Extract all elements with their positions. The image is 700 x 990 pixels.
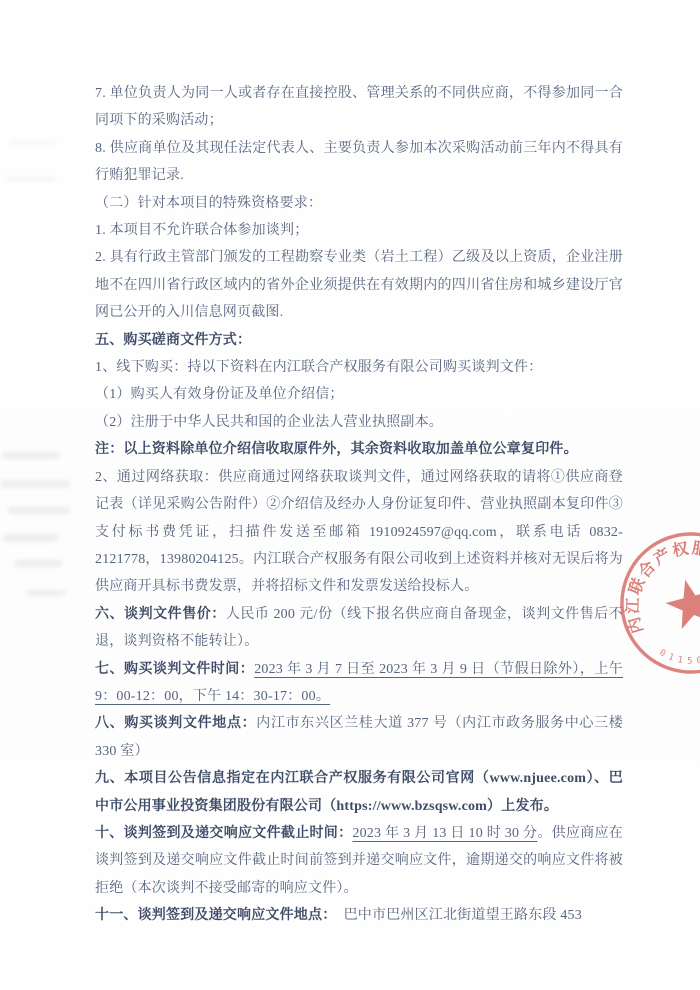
text-segment: （1）购买人有效身份证及单位介绍信； [95, 387, 344, 402]
ink-bleedthrough-mark [10, 140, 56, 146]
paragraph-10: 注：以上资料除单位介绍信收取原件外，其余资料收取加盖单位公章复印件。 [95, 436, 623, 463]
paragraph-16: 十、谈判签到及递交响应文件截止时间：2023 年 3 月 13 日 10 时 3… [95, 820, 623, 902]
paragraph-8: （1）购买人有效身份证及单位介绍信； [95, 381, 623, 408]
ink-bleedthrough-mark [4, 176, 56, 182]
ink-bleedthrough-mark [3, 534, 58, 542]
ink-bleedthrough-mark [8, 507, 70, 514]
text-segment: 巴中市巴州区江北街道望王路东段 453 [329, 908, 582, 923]
paragraph-17: 十一、谈判签到及递交响应文件地点： 巴中市巴州区江北街道望王路东段 453 [95, 902, 623, 929]
paragraph-5: 2. 具有行政主管部门颁发的工程勘察专业类（岩土工程）乙级及以上资质，企业注册地… [95, 244, 623, 326]
text-segment: 8. 供应商单位及其现任法定代表人、主要负责人参加本次采购活动前三年内不得具有行… [95, 141, 623, 183]
text-segment: 1、线下购买：持以下资料在内江联合产权服务有限公司购买谈判文件： [95, 360, 542, 375]
paragraph-6: 五、购买磋商文件方式： [95, 327, 623, 354]
text-segment: 1. 本项目不允许联合体参加谈判； [95, 223, 308, 238]
paragraph-11: 2、通过网络获取：供应商通过网络获取谈判文件，通过网络获取的请将①供应商登记表（… [95, 464, 623, 601]
ink-bleedthrough-mark [14, 560, 62, 567]
text-segment: 7. 单位负责人为同一人或者存在直接控股、管理关系的不同供应商，不得参加同一合同… [95, 86, 623, 128]
ink-bleedthrough-mark [2, 452, 60, 459]
paragraph-12: 六、谈判文件售价：人民币 200 元/份（线下报名供应商自备现金，谈判文件售后不… [95, 601, 623, 656]
text-segment: 2. 具有行政主管部门颁发的工程勘察专业类（岩土工程）乙级及以上资质，企业注册地… [95, 250, 623, 320]
text-segment: 六、谈判文件售价： [95, 607, 226, 622]
red-star-icon [661, 574, 700, 632]
paragraph-9: （2）注册于中华人民共和国的企业法人营业执照副本。 [95, 409, 623, 436]
text-segment: （2）注册于中华人民共和国的企业法人营业执照副本。 [95, 415, 443, 430]
text-segment: 九、本项目公告信息指定在内江联合产权服务有限公司官网（www.njuee.com… [95, 771, 623, 813]
paragraph-4: 1. 本项目不允许联合体参加谈判； [95, 217, 623, 244]
scanned-document-page: 7. 单位负责人为同一人或者存在直接控股、管理关系的不同供应商，不得参加同一合同… [0, 0, 700, 990]
text-segment: 2、通过网络获取：供应商通过网络获取谈判文件，通过网络获取的请将①供应商登记表（… [95, 470, 623, 595]
paragraph-13: 七、购买谈判文件时间：2023 年 3 月 7 日至 2023 年 3 月 9 … [95, 656, 623, 711]
paragraph-15: 九、本项目公告信息指定在内江联合产权服务有限公司官网（www.njuee.com… [95, 765, 623, 820]
paragraph-7: 1、线下购买：持以下资料在内江联合产权服务有限公司购买谈判文件： [95, 354, 623, 381]
document-body: 7. 单位负责人为同一人或者存在直接控股、管理关系的不同供应商，不得参加同一合同… [95, 80, 623, 930]
ink-bleedthrough-mark [0, 480, 70, 488]
text-segment: 八、购买谈判文件地点： [95, 716, 256, 731]
text-segment: 七、购买谈判文件时间： [95, 662, 254, 677]
seal-digits: 0115039065 [655, 626, 700, 676]
text-segment: （二）针对本项目的特殊资格要求： [95, 196, 322, 211]
paragraph-2: 8. 供应商单位及其现任法定代表人、主要负责人参加本次采购活动前三年内不得具有行… [95, 135, 623, 190]
text-segment: 十、谈判签到及递交响应文件截止时间： [95, 826, 352, 841]
paragraph-14: 八、购买谈判文件地点：内江市东兴区兰桂大道 377 号（内江市政务服务中心三楼 … [95, 710, 623, 765]
ink-bleedthrough-mark [26, 590, 66, 596]
text-segment: 注：以上资料除单位介绍信收取原件外，其余资料收取加盖单位公章复印件。 [95, 442, 578, 457]
text-segment: 五、购买磋商文件方式： [95, 333, 251, 348]
paragraph-3: （二）针对本项目的特殊资格要求： [95, 190, 623, 217]
text-segment: 十一、谈判签到及递交响应文件地点： [95, 908, 329, 923]
paragraph-1: 7. 单位负责人为同一人或者存在直接控股、管理关系的不同供应商，不得参加同一合同… [95, 80, 623, 135]
svg-text:0115039065: 0115039065 [655, 626, 700, 676]
text-segment: 2023 年 3 月 13 日 10 时 30 分 [352, 826, 537, 841]
